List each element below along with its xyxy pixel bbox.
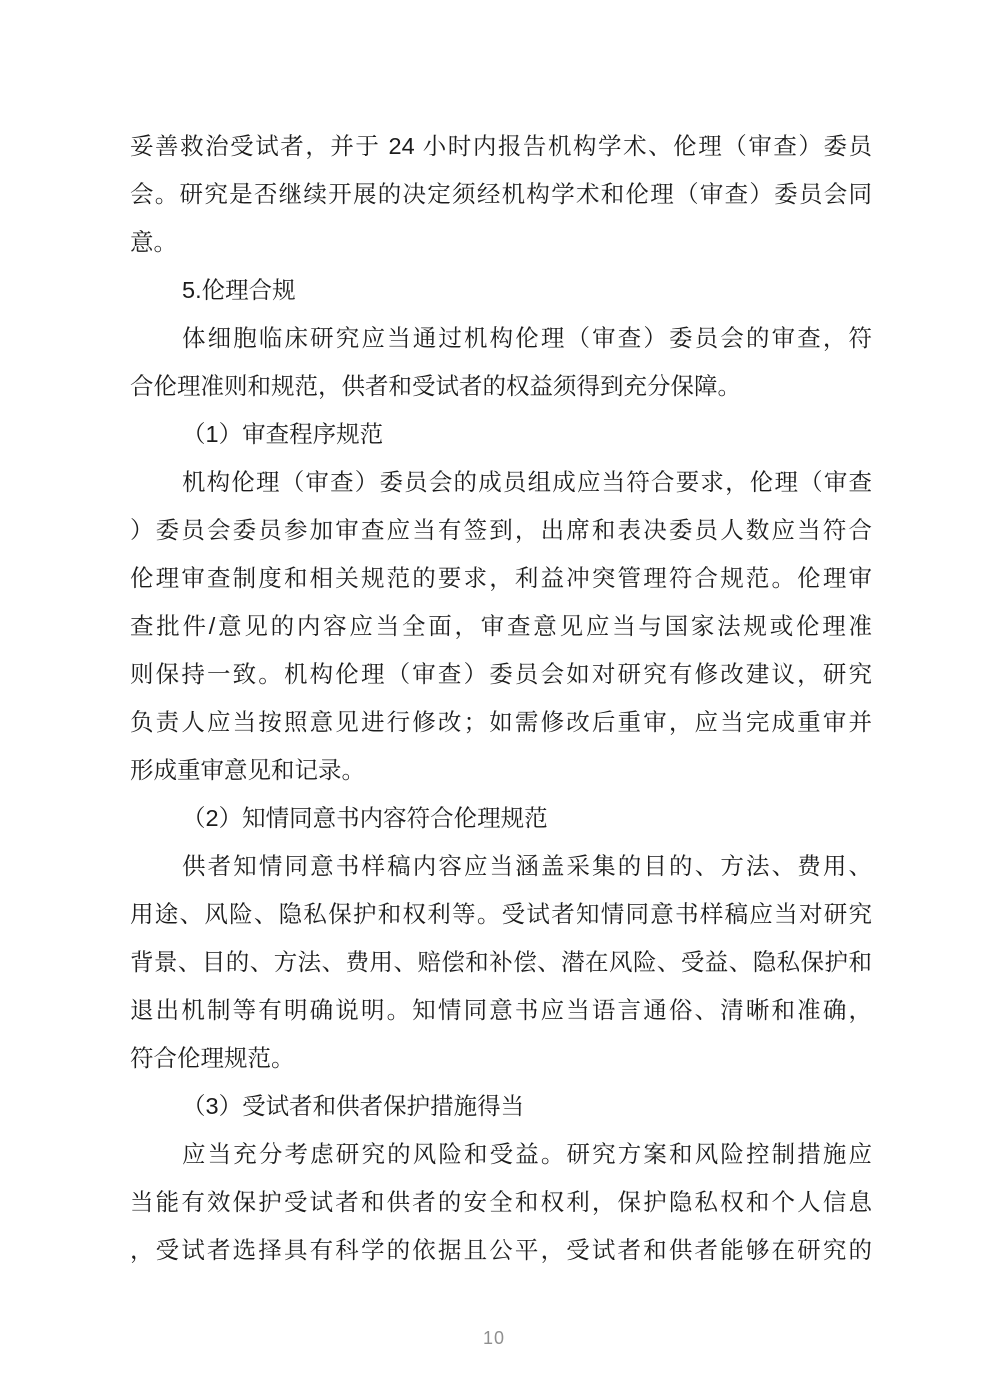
- document-page: 妥善救治受试者，并于 24 小时内报告机构学术、伦理（审查）委员会。研究是否继续…: [0, 0, 988, 1397]
- text-line: 用途、风险、隐私保护和权利等。受试者知情同意书样稿应当对研究: [130, 890, 872, 938]
- text-line: 供者知情同意书样稿内容应当涵盖采集的目的、方法、费用、: [130, 842, 872, 890]
- text-line: 机构伦理（审查）委员会的成员组成应当符合要求，伦理（审查: [130, 458, 872, 506]
- text-line: 伦理审查制度和相关规范的要求，利益冲突管理符合规范。伦理审: [130, 554, 872, 602]
- text-line: （3）受试者和供者保护措施得当: [130, 1082, 872, 1130]
- text-line: ）委员会委员参加审查应当有签到，出席和表决委员人数应当符合: [130, 506, 872, 554]
- text-line: 形成重审意见和记录。: [130, 746, 872, 794]
- text-line: ，受试者选择具有科学的依据且公平，受试者和供者能够在研究的: [130, 1226, 872, 1274]
- body-text: 妥善救治受试者，并于 24 小时内报告机构学术、伦理（审查）委员会。研究是否继续…: [130, 122, 872, 1274]
- text-line: 查批件/意见的内容应当全面，审查意见应当与国家法规或伦理准: [130, 602, 872, 650]
- text-line: （2）知情同意书内容符合伦理规范: [130, 794, 872, 842]
- text-line: 负责人应当按照意见进行修改；如需修改后重审，应当完成重审并: [130, 698, 872, 746]
- text-line: 会。研究是否继续开展的决定须经机构学术和伦理（审查）委员会同: [130, 170, 872, 218]
- text-line: 意。: [130, 218, 872, 266]
- text-line: 体细胞临床研究应当通过机构伦理（审查）委员会的审查，符: [130, 314, 872, 362]
- page-number: 10: [483, 1328, 505, 1348]
- text-line: 应当充分考虑研究的风险和受益。研究方案和风险控制措施应: [130, 1130, 872, 1178]
- text-line: （1）审查程序规范: [130, 410, 872, 458]
- text-line: 5.伦理合规: [130, 266, 872, 314]
- page-footer: 10: [0, 1328, 988, 1349]
- text-line: 合伦理准则和规范，供者和受试者的权益须得到充分保障。: [130, 362, 872, 410]
- text-line: 妥善救治受试者，并于 24 小时内报告机构学术、伦理（审查）委员: [130, 122, 872, 170]
- text-line: 符合伦理规范。: [130, 1034, 872, 1082]
- text-line: 背景、目的、方法、费用、赔偿和补偿、潜在风险、受益、隐私保护和: [130, 938, 872, 986]
- text-line: 当能有效保护受试者和供者的安全和权利，保护隐私权和个人信息: [130, 1178, 872, 1226]
- text-line: 则保持一致。机构伦理（审查）委员会如对研究有修改建议，研究: [130, 650, 872, 698]
- text-line: 退出机制等有明确说明。知情同意书应当语言通俗、清晰和准确，: [130, 986, 872, 1034]
